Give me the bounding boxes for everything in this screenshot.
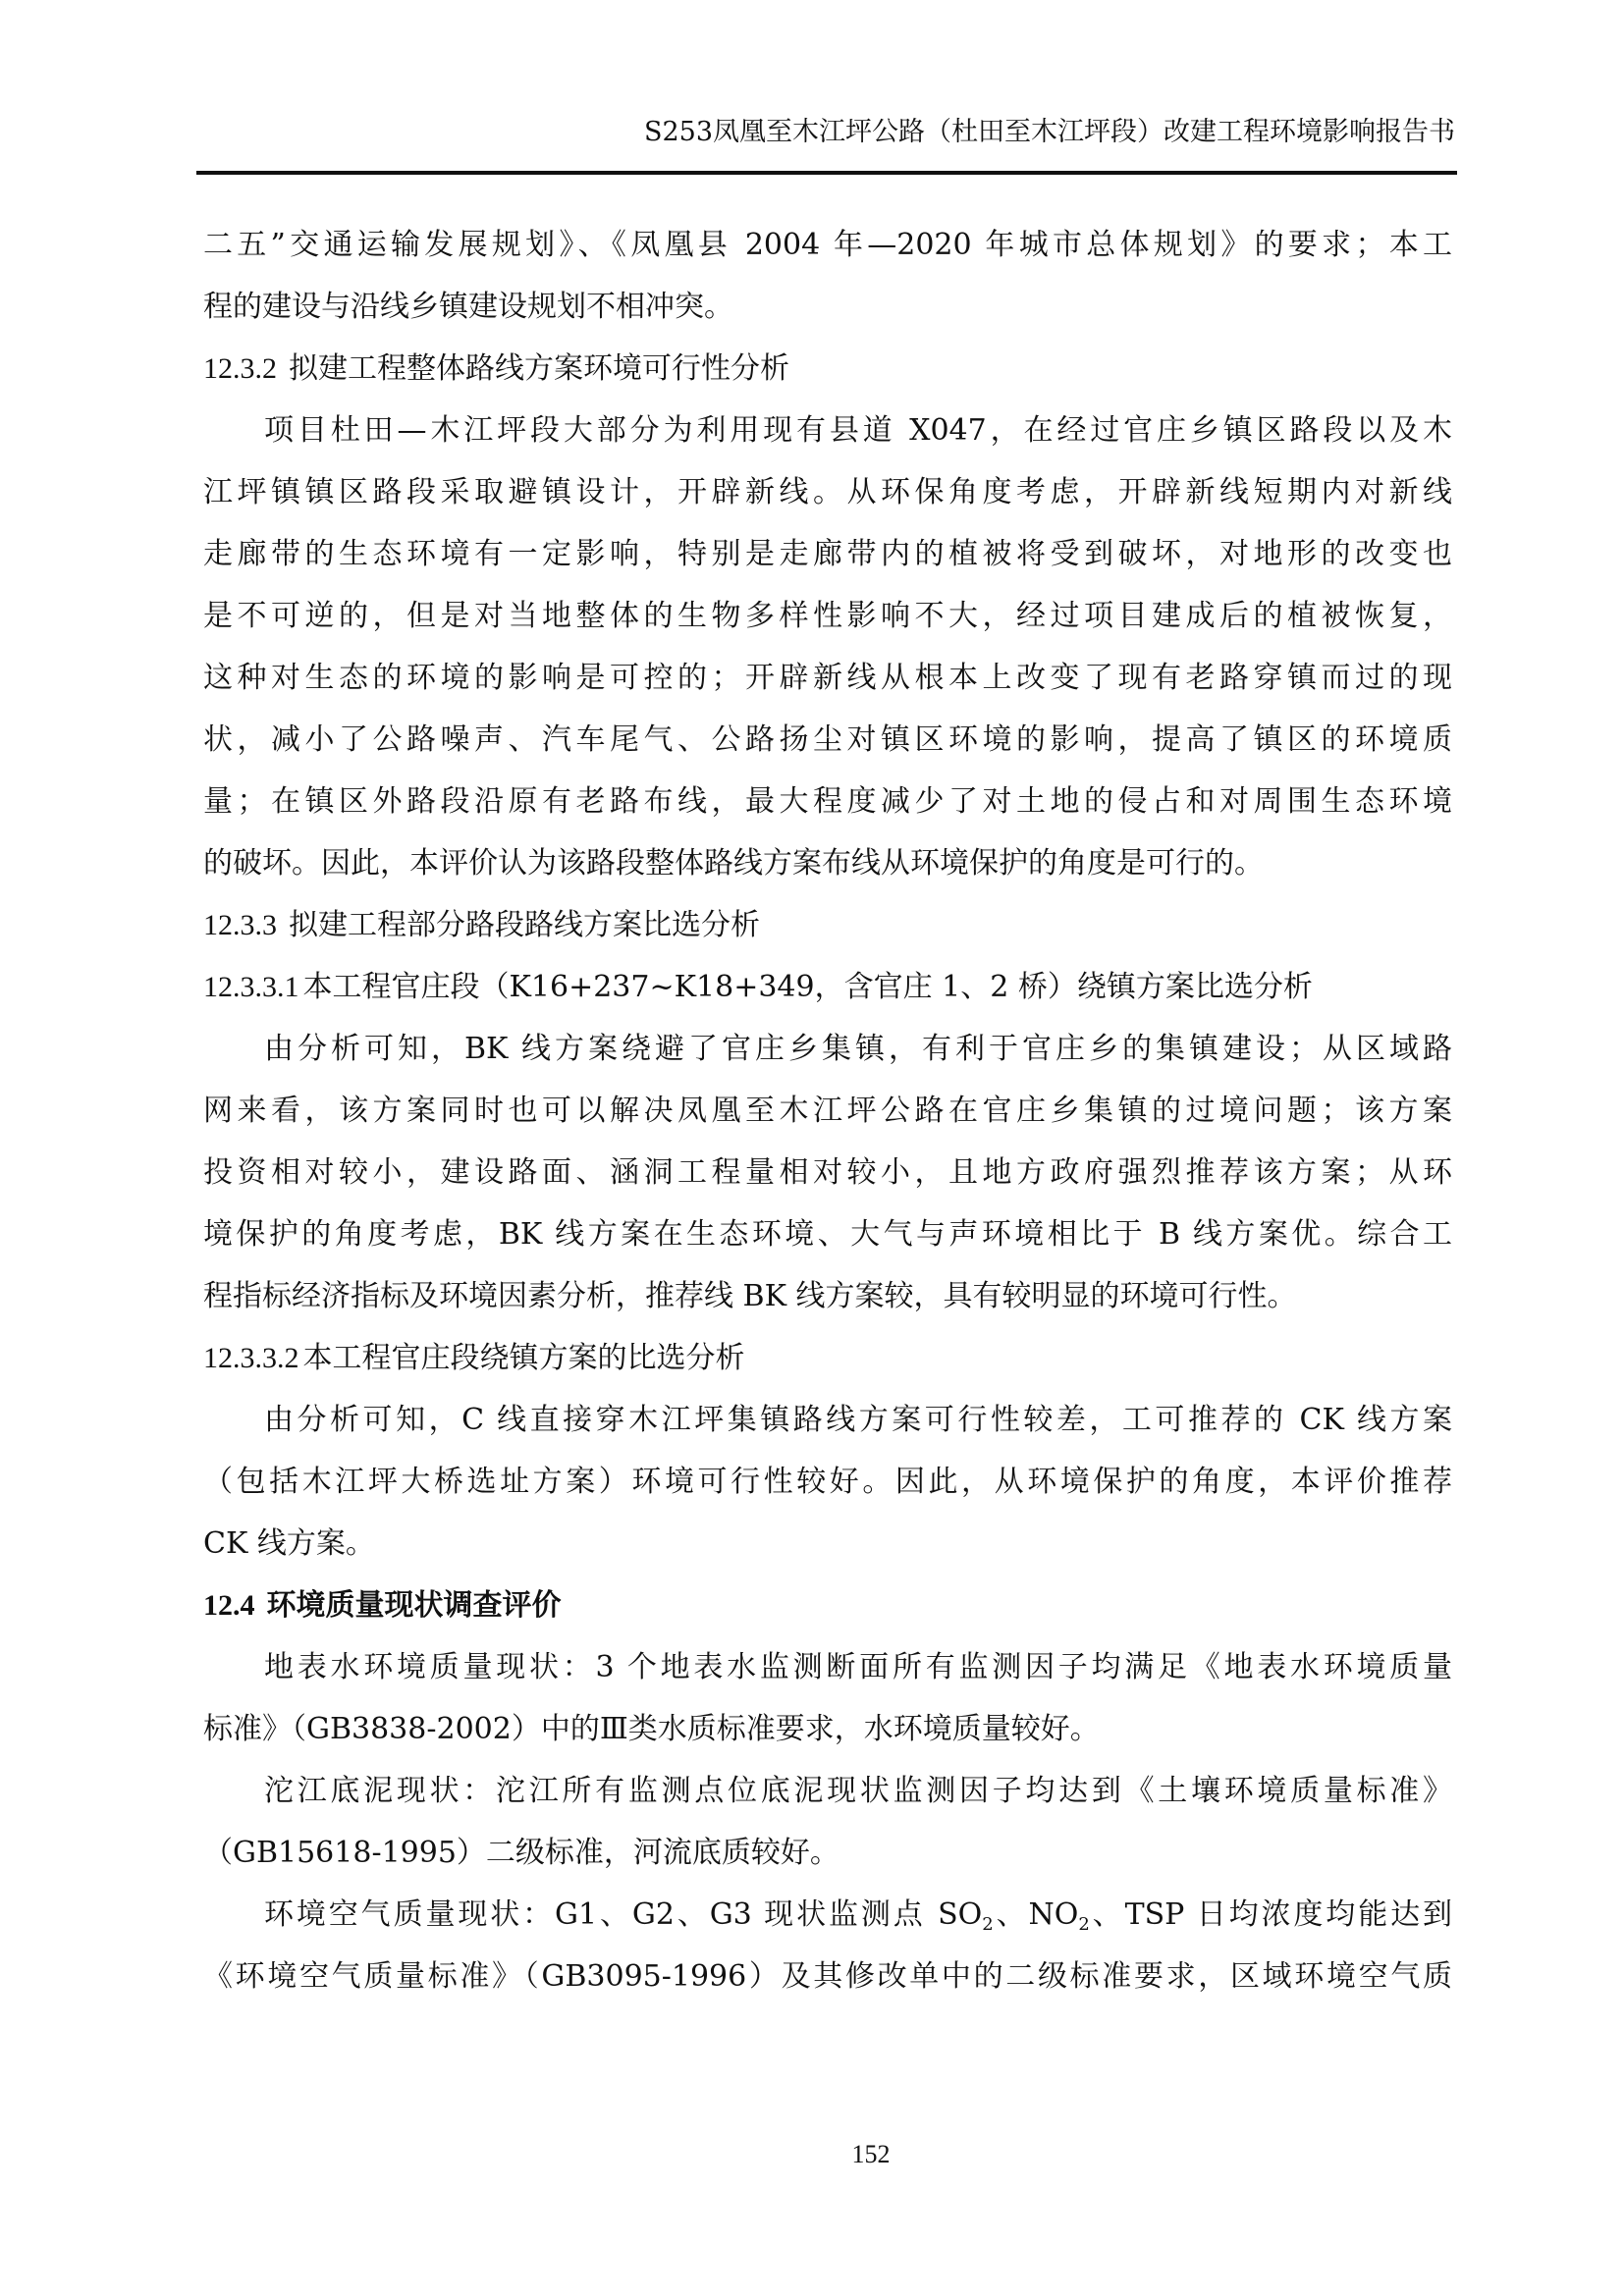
page-number: 152 <box>812 2140 930 2169</box>
document-body: 二五”交通运输发展规划》、《凤凰县 2004 年—2020 年城市总体规划》的要… <box>203 214 1452 2007</box>
section-number: 12.4 <box>203 1589 255 1622</box>
section-heading-12-3-3: 12.3.3拟建工程部分路段路线方案比选分析 <box>203 894 1452 956</box>
section-number: 12.3.3.2 <box>203 1342 299 1374</box>
text-line: CK 线方案。 <box>203 1513 1452 1575</box>
section-title: 拟建工程整体路线方案环境可行性分析 <box>289 351 789 386</box>
section-heading-12-4: 12.4环境质量现状调查评价 <box>203 1575 1452 1636</box>
section-title: 本工程官庄段绕镇方案的比选分析 <box>303 1341 745 1375</box>
section-number: 12.3.3.1 <box>203 971 299 1003</box>
document-header-title: S253凤凰至木江坪公路（杜田至木江坪段）改建工程环境影响报告书 <box>196 110 1455 149</box>
text-line: （GB15618-1995）二级标准，河流底质较好。 <box>203 1822 1452 1884</box>
text-line: 走廊带的生态环境有一定影响，特别是走廊带内的植被将受到破坏，对地形的改变也 <box>203 523 1452 585</box>
text-segment: 环境空气质量现状：G1、G2、G3 现状监测点 SO <box>264 1897 982 1932</box>
header-divider <box>196 171 1457 175</box>
section-heading-12-3-3-2: 12.3.3.2本工程官庄段绕镇方案的比选分析 <box>203 1327 1452 1389</box>
text-line: 由分析可知，C 线直接穿木江坪集镇路线方案可行性较差，工可推荐的 CK 线方案 <box>203 1389 1452 1451</box>
text-segment: 、NO <box>994 1897 1079 1932</box>
text-line: 这种对生态的环境的影响是可控的；开辟新线从根本上改变了现有老路穿镇而过的现 <box>203 647 1452 709</box>
text-line: 《环境空气质量标准》（GB3095-1996）及其修改单中的二级标准要求，区域环… <box>203 1946 1452 2007</box>
text-line: 是不可逆的，但是对当地整体的生物多样性影响不大，经过项目建成后的植被恢复， <box>203 585 1452 647</box>
text-line: 投资相对较小，建设路面、涵洞工程量相对较小，且地方政府强烈推荐该方案；从环 <box>203 1142 1452 1203</box>
subscript: 2 <box>982 1914 993 1935</box>
text-line: 网来看，该方案同时也可以解决凤凰至木江坪公路在官庄乡集镇的过境问题；该方案 <box>203 1080 1452 1142</box>
text-line: 标准》（GB3838-2002）中的Ⅲ类水质标准要求，水环境质量较好。 <box>203 1698 1452 1760</box>
text-line: 地表水环境质量现状：3 个地表水监测断面所有监测因子均满足《地表水环境质量 <box>203 1636 1452 1698</box>
text-line: 的破坏。因此，本评价认为该路段整体路线方案布线从环境保护的角度是可行的。 <box>203 832 1452 894</box>
section-number: 12.3.3 <box>203 909 277 941</box>
text-line: 由分析可知，BK 线方案绕避了官庄乡集镇，有利于官庄乡的集镇建设；从区域路 <box>203 1018 1452 1080</box>
text-line-air-quality: 环境空气质量现状：G1、G2、G3 现状监测点 SO2、NO2、TSP 日均浓度… <box>203 1884 1452 1946</box>
section-heading-12-3-2: 12.3.2拟建工程整体路线方案环境可行性分析 <box>203 338 1452 400</box>
text-line: 沱江底泥现状：沱江所有监测点位底泥现状监测因子均达到《土壤环境质量标准》 <box>203 1760 1452 1822</box>
text-line: （包括木江坪大桥选址方案）环境可行性较好。因此，从环境保护的角度，本评价推荐 <box>203 1451 1452 1513</box>
section-title: 拟建工程部分路段路线方案比选分析 <box>289 908 760 942</box>
text-line: 程指标经济指标及环境因素分析，推荐线 BK 线方案较，具有较明显的环境可行性。 <box>203 1265 1452 1327</box>
section-title: 环境质量现状调查评价 <box>267 1588 562 1623</box>
text-line: 量；在镇区外路段沿原有老路布线，最大程度减少了对土地的侵占和对周围生态环境 <box>203 771 1452 832</box>
section-title: 本工程官庄段（K16+237~K18+349，含官庄 1、2 桥）绕镇方案比选分… <box>303 970 1313 1004</box>
text-segment: 、TSP 日均浓度均能达到 <box>1090 1897 1452 1932</box>
text-line: 境保护的角度考虑，BK 线方案在生态环境、大气与声环境相比于 B 线方案优。综合… <box>203 1203 1452 1265</box>
subscript: 2 <box>1078 1914 1089 1935</box>
text-line: 程的建设与沿线乡镇建设规划不相冲突。 <box>203 276 1452 338</box>
section-number: 12.3.2 <box>203 352 277 385</box>
text-line: 二五”交通运输发展规划》、《凤凰县 2004 年—2020 年城市总体规划》的要… <box>203 214 1452 276</box>
text-line: 项目杜田—木江坪段大部分为利用现有县道 X047，在经过官庄乡镇区路段以及木 <box>203 400 1452 461</box>
text-line: 状，减小了公路噪声、汽车尾气、公路扬尘对镇区环境的影响，提高了镇区的环境质 <box>203 709 1452 771</box>
section-heading-12-3-3-1: 12.3.3.1本工程官庄段（K16+237~K18+349，含官庄 1、2 桥… <box>203 956 1452 1018</box>
text-line: 江坪镇镇区路段采取避镇设计，开辟新线。从环保角度考虑，开辟新线短期内对新线 <box>203 461 1452 523</box>
